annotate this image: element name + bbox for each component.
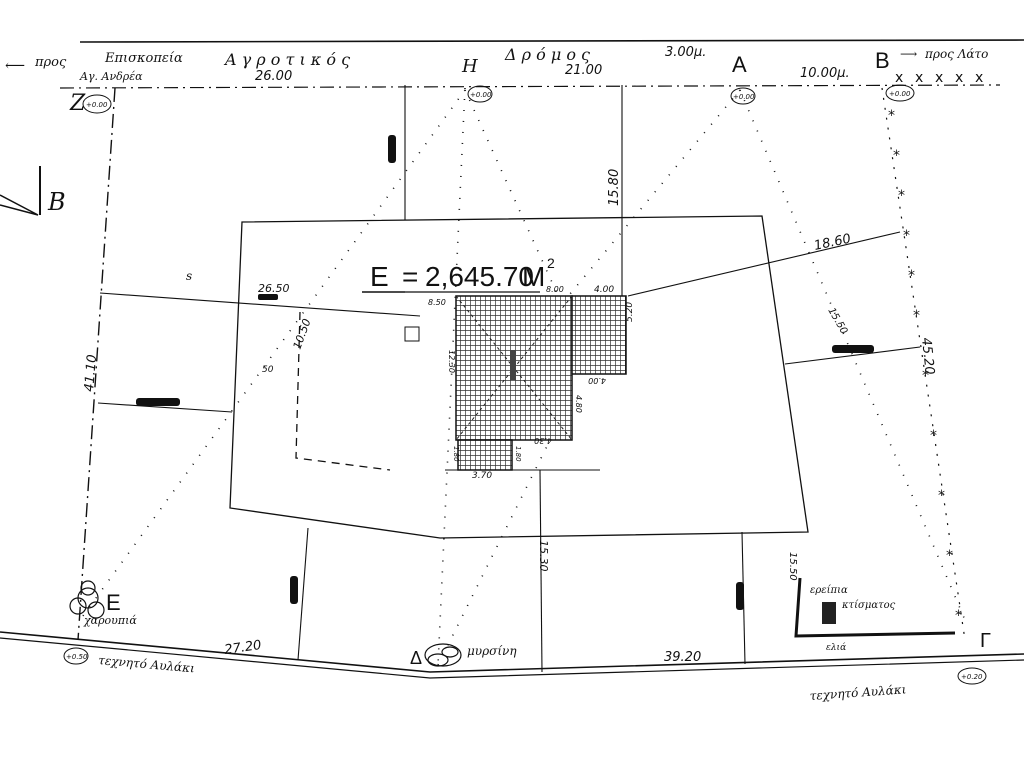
svg-text:5.20: 5.20 <box>625 302 635 322</box>
svg-text:s: s <box>186 269 192 283</box>
svg-text:3.70: 3.70 <box>472 471 492 481</box>
dim-bottom-right: 39.20 <box>664 650 701 665</box>
svg-text:M: M <box>522 261 545 292</box>
dim-left-side: 41.10 <box>82 354 100 392</box>
left-dest-1: Επισκοπεία <box>104 51 183 66</box>
svg-text:12.30: 12.30 <box>447 350 456 373</box>
svg-text:*: * <box>903 228 910 244</box>
svg-text:x: x <box>895 70 903 86</box>
point-B: B <box>875 48 890 73</box>
svg-text:*: * <box>946 548 953 564</box>
tree-label-myrtle: μυρσίνη <box>467 644 517 658</box>
tree-carob-icon <box>70 581 104 618</box>
right-arrow-label: προς Λάτο <box>924 47 988 61</box>
svg-text:*: * <box>913 308 920 324</box>
road-name-2: Δ ρ ό μ ο ς <box>504 45 590 64</box>
left-dest-2: Αγ. Ανδρέα <box>79 70 143 83</box>
north-arrow-icon: Β <box>0 166 66 216</box>
svg-text:*: * <box>898 188 905 204</box>
svg-text:2: 2 <box>547 255 555 271</box>
segment-HA: 21.00 <box>565 63 602 78</box>
ruin-label-1: ερείπια <box>810 585 848 596</box>
dim-inner-diag: 10.50 <box>291 317 314 351</box>
svg-text:2,645.70: 2,645.70 <box>425 261 534 292</box>
svg-text:8.50: 8.50 <box>428 298 446 307</box>
svg-text:*: * <box>930 428 937 444</box>
svg-text:4.80: 4.80 <box>574 395 583 413</box>
fence-markers: *** *** *** ** xxxxx <box>888 70 983 624</box>
point-E: E <box>106 590 121 615</box>
segment-ZH: 26.00 <box>255 69 292 84</box>
road-name-1: Α γ ρ ο τ ι κ ό ς <box>223 50 350 69</box>
boundary-top <box>60 85 1000 88</box>
dim-inner-left-top: 26.50 <box>258 282 290 295</box>
dim-right-inner: 15.50 <box>825 306 849 336</box>
svg-text:+0.00: +0.00 <box>470 91 492 99</box>
svg-text:E: E <box>370 261 389 292</box>
segment-AB: 10.00μ. <box>800 66 850 81</box>
left-arrow: ⟵ <box>5 58 25 74</box>
right-arrow: ⟶ <box>900 47 917 61</box>
dim-mid-top: 15.80 <box>607 169 622 206</box>
dim-right-upper: 18.60 <box>813 232 853 254</box>
svg-text:x: x <box>955 70 963 86</box>
svg-text:+0.00: +0.00 <box>733 93 755 101</box>
svg-text:*: * <box>908 268 915 284</box>
svg-text:1.80: 1.80 <box>514 446 522 462</box>
svg-text:+0.00: +0.00 <box>86 101 108 109</box>
svg-text:4.00: 4.00 <box>594 285 614 295</box>
dim-right-side: 45.20 <box>918 337 937 376</box>
svg-text:*: * <box>955 608 962 624</box>
tree-label-olive: ελιά <box>826 642 846 653</box>
svg-text:1.80: 1.80 <box>452 446 460 462</box>
dim-lower-right-wall: 15.50 <box>787 552 798 581</box>
ruin-label-2: κτίσματος <box>841 600 896 611</box>
svg-text:4.30: 4.30 <box>534 436 552 445</box>
svg-text:*: * <box>893 148 900 164</box>
svg-text:x: x <box>915 70 923 86</box>
ditch-label-left: τεχνητό Αυλάκι <box>98 653 196 675</box>
point-G: Γ <box>980 630 991 652</box>
road-width: 3.00μ. <box>665 45 706 60</box>
svg-text:Β: Β <box>47 188 66 216</box>
area-label: E = 2,645.70 M 2 <box>362 255 555 292</box>
ditch-label-right: τεχνητό Αυλάκι <box>809 682 907 703</box>
svg-text:4.00: 4.00 <box>588 376 606 385</box>
tree-myrtle-icon <box>425 644 461 666</box>
svg-text:*: * <box>938 488 945 504</box>
road-edge-top <box>80 40 1024 42</box>
svg-text:+0.50: +0.50 <box>66 653 88 661</box>
svg-text:50: 50 <box>262 365 274 375</box>
svg-text:x: x <box>935 70 943 86</box>
dim-bottom-mid: 15.30 <box>537 540 550 572</box>
left-arrow-label: προς <box>34 55 67 70</box>
site-plan-drawing: *** *** *** ** xxxxx <box>0 0 1024 768</box>
svg-text:=: = <box>402 261 418 292</box>
svg-text:8.00: 8.00 <box>546 285 564 294</box>
point-D: Δ <box>410 648 422 668</box>
point-A: A <box>732 52 747 77</box>
tree-label-carob: χαρουπιά <box>83 614 137 627</box>
svg-text:*: * <box>888 108 895 124</box>
point-H: H <box>461 56 478 77</box>
svg-text:x: x <box>975 70 983 86</box>
dim-bottom-left: 27.20 <box>223 638 262 658</box>
svg-text:+0.00: +0.00 <box>889 90 911 98</box>
svg-text:+0.20: +0.20 <box>961 673 983 681</box>
